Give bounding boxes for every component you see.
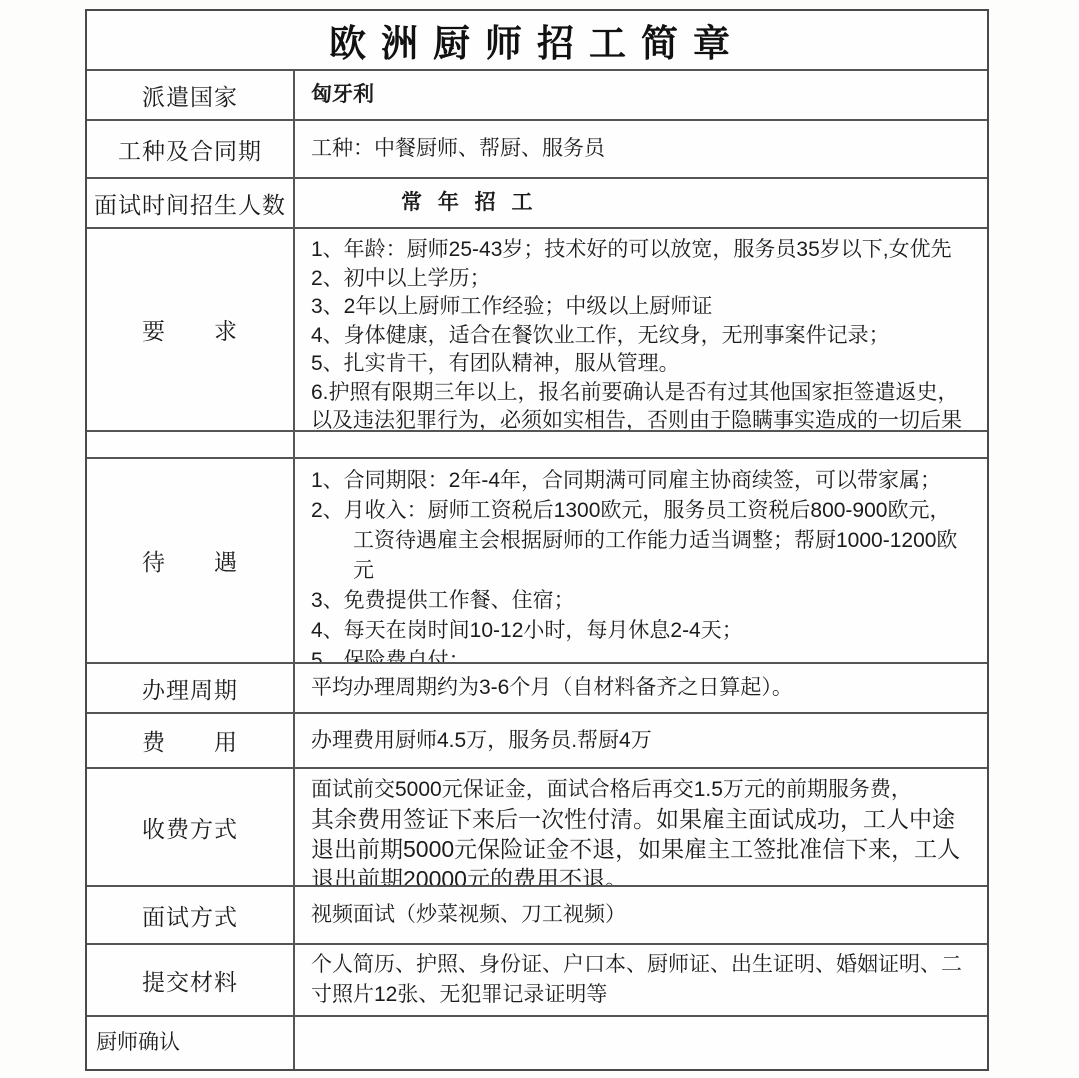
interview-time-value: 常 年 招 工 [295, 179, 987, 227]
requirements-list: 1、年龄：厨师25-43岁；技术好的可以放宽，服务员35岁以下,女优先2、初中以… [295, 229, 987, 430]
text-line: 5、扎实肯干，有团队精神，服从管理。 [311, 350, 971, 379]
page-title: 欧洲厨师招工简章 [87, 13, 987, 67]
benefits-list: 1、合同期限：2年-4年，合同期满可同雇主协商续签，可以带家属；2、月收入：厨师… [295, 459, 987, 662]
text-line: 6.护照有限期三年以上，报名前要确认是否有过其他国家拒签遣返史，以及违法犯罪行为… [311, 379, 971, 431]
title-row: 欧洲厨师招工简章 [87, 11, 987, 69]
row-materials: 提交材料 个人简历、护照、身份证、户口本、厨师证、出生证明、婚姻证明、二寸照片1… [87, 943, 987, 1015]
row-fees: 费 用 办理费用厨师4.5万，服务员.帮厨4万 [87, 712, 987, 767]
text-line: 3、2年以上厨师工作经验；中级以上厨师证 [311, 293, 971, 322]
materials-label: 提交材料 [87, 945, 295, 1015]
dispatch-country-label: 派遣国家 [87, 71, 295, 119]
text-line: 3、免费提供工作餐、住宿； [311, 586, 971, 616]
text-line: 2、初中以上学历； [311, 265, 971, 294]
row-chef-confirm: 厨师确认 [87, 1015, 987, 1069]
processing-period-value: 平均办理周期约为3-6个月（自材料备齐之日算起）。 [295, 664, 987, 712]
processing-period-label: 办理周期 [87, 664, 295, 712]
row-payment-method: 收费方式 面试前交5000元保证金，面试合格后再交1.5万元的前期服务费，其余费… [87, 767, 987, 885]
row-dispatch-country: 派遣国家 匈牙利 [87, 69, 987, 119]
requirements-label: 要 求 [87, 229, 295, 430]
interview-time-label: 面试时间招生人数 [87, 179, 295, 227]
job-type-label: 工种及合同期 [87, 121, 295, 177]
recruitment-notice-table: 欧洲厨师招工简章 派遣国家 匈牙利 工种及合同期 工种：中餐厨师、帮厨、服务员 … [85, 9, 989, 1071]
chef-confirm-label: 厨师确认 [87, 1017, 295, 1069]
fees-value: 办理费用厨师4.5万，服务员.帮厨4万 [295, 714, 987, 767]
text-line: 1、年龄：厨师25-43岁；技术好的可以放宽，服务员35岁以下,女优先 [311, 236, 971, 265]
interview-method-label: 面试方式 [87, 887, 295, 943]
spacer-label [87, 432, 295, 457]
job-type-value: 工种：中餐厨师、帮厨、服务员 [295, 121, 987, 177]
materials-value: 个人简历、护照、身份证、户口本、厨师证、出生证明、婚姻证明、二寸照片12张、无犯… [295, 945, 987, 1015]
payment-method-details: 面试前交5000元保证金，面试合格后再交1.5万元的前期服务费，其余费用签证下来… [295, 769, 987, 885]
row-job-type: 工种及合同期 工种：中餐厨师、帮厨、服务员 [87, 119, 987, 177]
fees-label: 费 用 [87, 714, 295, 767]
text-line: 2、月收入：厨师工资税后1300欧元，服务员工资税后800-900欧元，工资待遇… [311, 496, 971, 586]
row-interview-time: 面试时间招生人数 常 年 招 工 [87, 177, 987, 227]
text-line: 4、身体健康，适合在餐饮业工作，无纹身，无刑事案件记录； [311, 322, 971, 351]
text-line: 4、每天在岗时间10-12小时，每月休息2-4天； [311, 616, 971, 646]
text-line: 1、合同期限：2年-4年，合同期满可同雇主协商续签，可以带家属； [311, 466, 971, 496]
chef-confirm-value [295, 1017, 987, 1069]
row-processing-period: 办理周期 平均办理周期约为3-6个月（自材料备齐之日算起）。 [87, 662, 987, 712]
row-interview-method: 面试方式 视频面试（炒菜视频、刀工视频） [87, 885, 987, 943]
spacer-content [295, 432, 987, 457]
benefits-label: 待 遇 [87, 459, 295, 662]
row-requirements: 要 求 1、年龄：厨师25-43岁；技术好的可以放宽，服务员35岁以下,女优先2… [87, 227, 987, 430]
payment-method-label: 收费方式 [87, 769, 295, 885]
row-benefits: 待 遇 1、合同期限：2年-4年，合同期满可同雇主协商续签，可以带家属；2、月收… [87, 457, 987, 662]
text-line: 其余费用签证下来后一次性付清。如果雇主面试成功，工人中途退出前期5000元保险证… [311, 804, 971, 885]
interview-method-value: 视频面试（炒菜视频、刀工视频） [295, 887, 987, 943]
dispatch-country-value: 匈牙利 [295, 71, 987, 119]
text-line: 5、保险费自付； [311, 646, 971, 662]
text-line: 面试前交5000元保证金，面试合格后再交1.5万元的前期服务费， [311, 775, 971, 804]
row-spacer-empty [87, 430, 987, 457]
